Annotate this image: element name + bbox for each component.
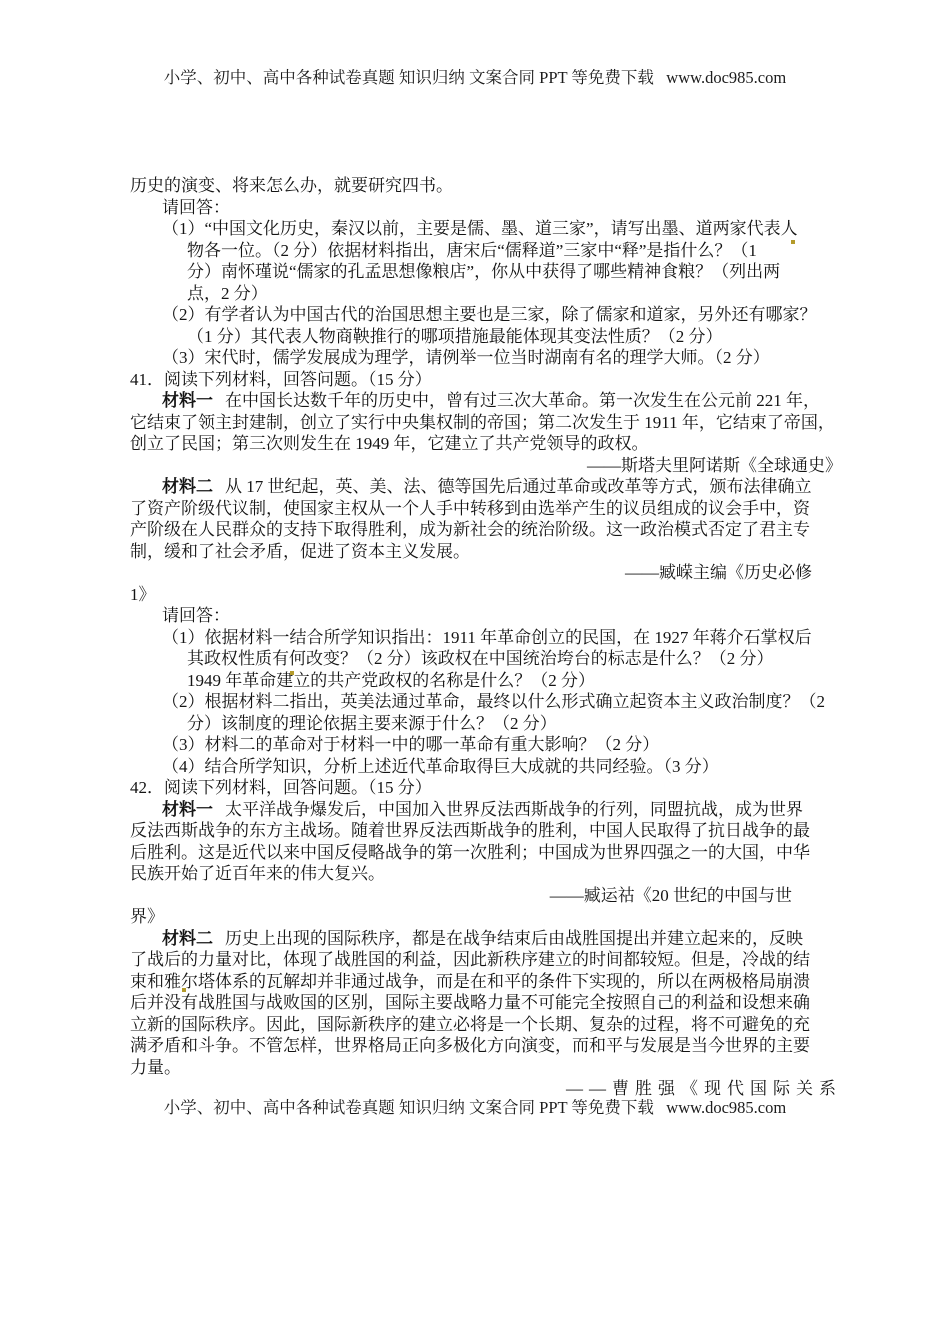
- exam-paper-page: { "page": { "background": "#ffffff", "te…: [0, 0, 950, 1344]
- text-line: （2）根据材料二指出，英美法通过革命，最终以什么形式确立起资本主义政治制度？（2: [130, 691, 842, 713]
- text-line: （2）有学者认为中国古代的治国思想主要也是三家，除了儒家和道家，另外还有哪家？: [130, 304, 842, 326]
- text-line: 束和雅尔塔体系的瓦解却并非通过战争，而是在和平的条件下实现的，所以在两极格局崩溃: [130, 971, 842, 993]
- text-line: 界》: [130, 906, 842, 928]
- text-line: （4）结合所学知识，分析上述近代革命取得巨大成就的共同经验。（3 分）: [130, 756, 842, 778]
- text-line: 了资产阶级代议制，使国家主权从一个人手中转移到由选举产生的议员组成的议会手中，资: [130, 498, 842, 520]
- text-line: 1》: [130, 584, 842, 606]
- spellcheck-dot: [182, 988, 186, 992]
- material-label: 材料一: [162, 391, 213, 410]
- text-line: 民族开始了近百年来的伟大复兴。: [130, 863, 842, 885]
- text-line: 41．阅读下列材料，回答问题。（15 分）: [130, 369, 842, 391]
- text-line: 分）南怀瑾说“儒家的孔孟思想像粮店”，你从中获得了哪些精神食粮？（列出两: [130, 261, 842, 283]
- document-body: 历史的演变、将来怎么办，就要研究四书。请回答：（1）“中国文化历史，秦汉以前，主…: [130, 175, 842, 1100]
- spellcheck-dot: [791, 240, 795, 244]
- text-line: 力量。: [130, 1057, 842, 1079]
- text-line: 创立了民国；第三次则发生在 1949 年，它建立了共产党领导的政权。: [130, 433, 842, 455]
- text-line: 后胜利。这是近代以来中国反侵略战争的第一次胜利；中国成为世界四强之一的大国，中华: [130, 842, 842, 864]
- text-line: 产阶级在人民群众的支持下取得胜利，成为新社会的统治阶级。这一政治模式否定了君主专: [130, 519, 842, 541]
- site-footer-text: 小学、初中、高中各种试卷真题 知识归纳 文案合同 PPT 等免费下载 www.d…: [0, 1094, 950, 1118]
- material-label: 材料二: [162, 477, 213, 496]
- text-line-content: 在中国长达数千年的历史中，曾有过三次大革命。第一次发生在公元前 221 年，: [225, 391, 820, 410]
- text-line: 材料一太平洋战争爆发后，中国加入世界反法西斯战争的行列，同盟抗战，成为世界: [130, 799, 842, 821]
- text-line: （1）“中国文化历史，秦汉以前，主要是儒、墨、道三家”，请写出墨、道两家代表人: [130, 218, 842, 240]
- text-line: 物各一位。（2 分）依据材料指出，唐宋后“儒释道”三家中“释”是指什么？（1: [130, 240, 842, 262]
- material-label: 材料二: [162, 929, 213, 948]
- spellcheck-dot: [290, 671, 294, 675]
- text-line: 材料一在中国长达数千年的历史中，曾有过三次大革命。第一次发生在公元前 221 年…: [130, 390, 842, 412]
- text-line: （1）依据材料一结合所学知识指出：1911 年革命创立的民国，在 1927 年蒋…: [130, 627, 842, 649]
- text-line: （3）宋代时，儒学发展成为理学，请例举一位当时湖南有名的理学大师。（2 分）: [130, 347, 842, 369]
- text-line-content: 从 17 世纪起，英、美、法、德等国先后通过革命或改革等方式，颁布法律确立: [225, 477, 812, 496]
- text-line: 立新的国际秩序。因此，国际新秩序的建立必将是一个长期、复杂的过程，将不可避免的充: [130, 1014, 842, 1036]
- text-line: 42．阅读下列材料，回答问题。（15 分）: [130, 777, 842, 799]
- text-line: ——臧运祜《20 世纪的中国与世: [130, 885, 842, 907]
- text-line: 后并没有战胜国与战败国的区别，国际主要战略力量不可能完全按照自己的利益和设想来确: [130, 992, 842, 1014]
- material-label: 材料一: [162, 800, 213, 819]
- text-line: ——臧嵘主编《历史必修: [130, 562, 842, 584]
- text-line-content: 历史上出现的国际秩序，都是在战争结束后由战胜国提出并建立起来的，反映: [225, 929, 803, 948]
- text-line: ——斯塔夫里阿诺斯《全球通史》: [130, 455, 842, 477]
- text-line: 请回答：: [130, 197, 842, 219]
- text-line: 满矛盾和斗争。不管怎样，世界格局正向多极化方向演变，而和平与发展是当今世界的主要: [130, 1035, 842, 1057]
- text-line: 材料二历史上出现的国际秩序，都是在战争结束后由战胜国提出并建立起来的，反映: [130, 928, 842, 950]
- text-line: 点，2 分）: [130, 283, 842, 305]
- text-line-content: 太平洋战争爆发后，中国加入世界反法西斯战争的行列，同盟抗战，成为世界: [225, 800, 803, 819]
- text-line: 分）该制度的理论依据主要来源于什么？（2 分）: [130, 713, 842, 735]
- site-header-text: 小学、初中、高中各种试卷真题 知识归纳 文案合同 PPT 等免费下载 www.d…: [0, 64, 950, 88]
- text-line: 制，缓和了社会矛盾，促进了资本主义发展。: [130, 541, 842, 563]
- text-line: 其政权性质有何改变？（2 分）该政权在中国统治垮台的标志是什么？（2 分）: [130, 648, 842, 670]
- text-line: 材料二从 17 世纪起，英、美、法、德等国先后通过革命或改革等方式，颁布法律确立: [130, 476, 842, 498]
- text-line: 1949 年革命建立的共产党政权的名称是什么？（2 分）: [130, 670, 842, 692]
- text-line: 它结束了领主封建制，创立了实行中央集权制的帝国；第二次发生于 1911 年，它结…: [130, 412, 842, 434]
- text-line: 了战后的力量对比，体现了战胜国的利益，因此新秩序建立的时间都较短。但是，冷战的结: [130, 949, 842, 971]
- text-line: 历史的演变、将来怎么办，就要研究四书。: [130, 175, 842, 197]
- text-line: （3）材料二的革命对于材料一中的哪一革命有重大影响？（2 分）: [130, 734, 842, 756]
- text-line: （1 分）其代表人物商鞅推行的哪项措施最能体现其变法性质？（2 分）: [130, 326, 842, 348]
- text-line: 请回答：: [130, 605, 842, 627]
- text-line: 反法西斯战争的东方主战场。随着世界反法西斯战争的胜利，中国人民取得了抗日战争的最: [130, 820, 842, 842]
